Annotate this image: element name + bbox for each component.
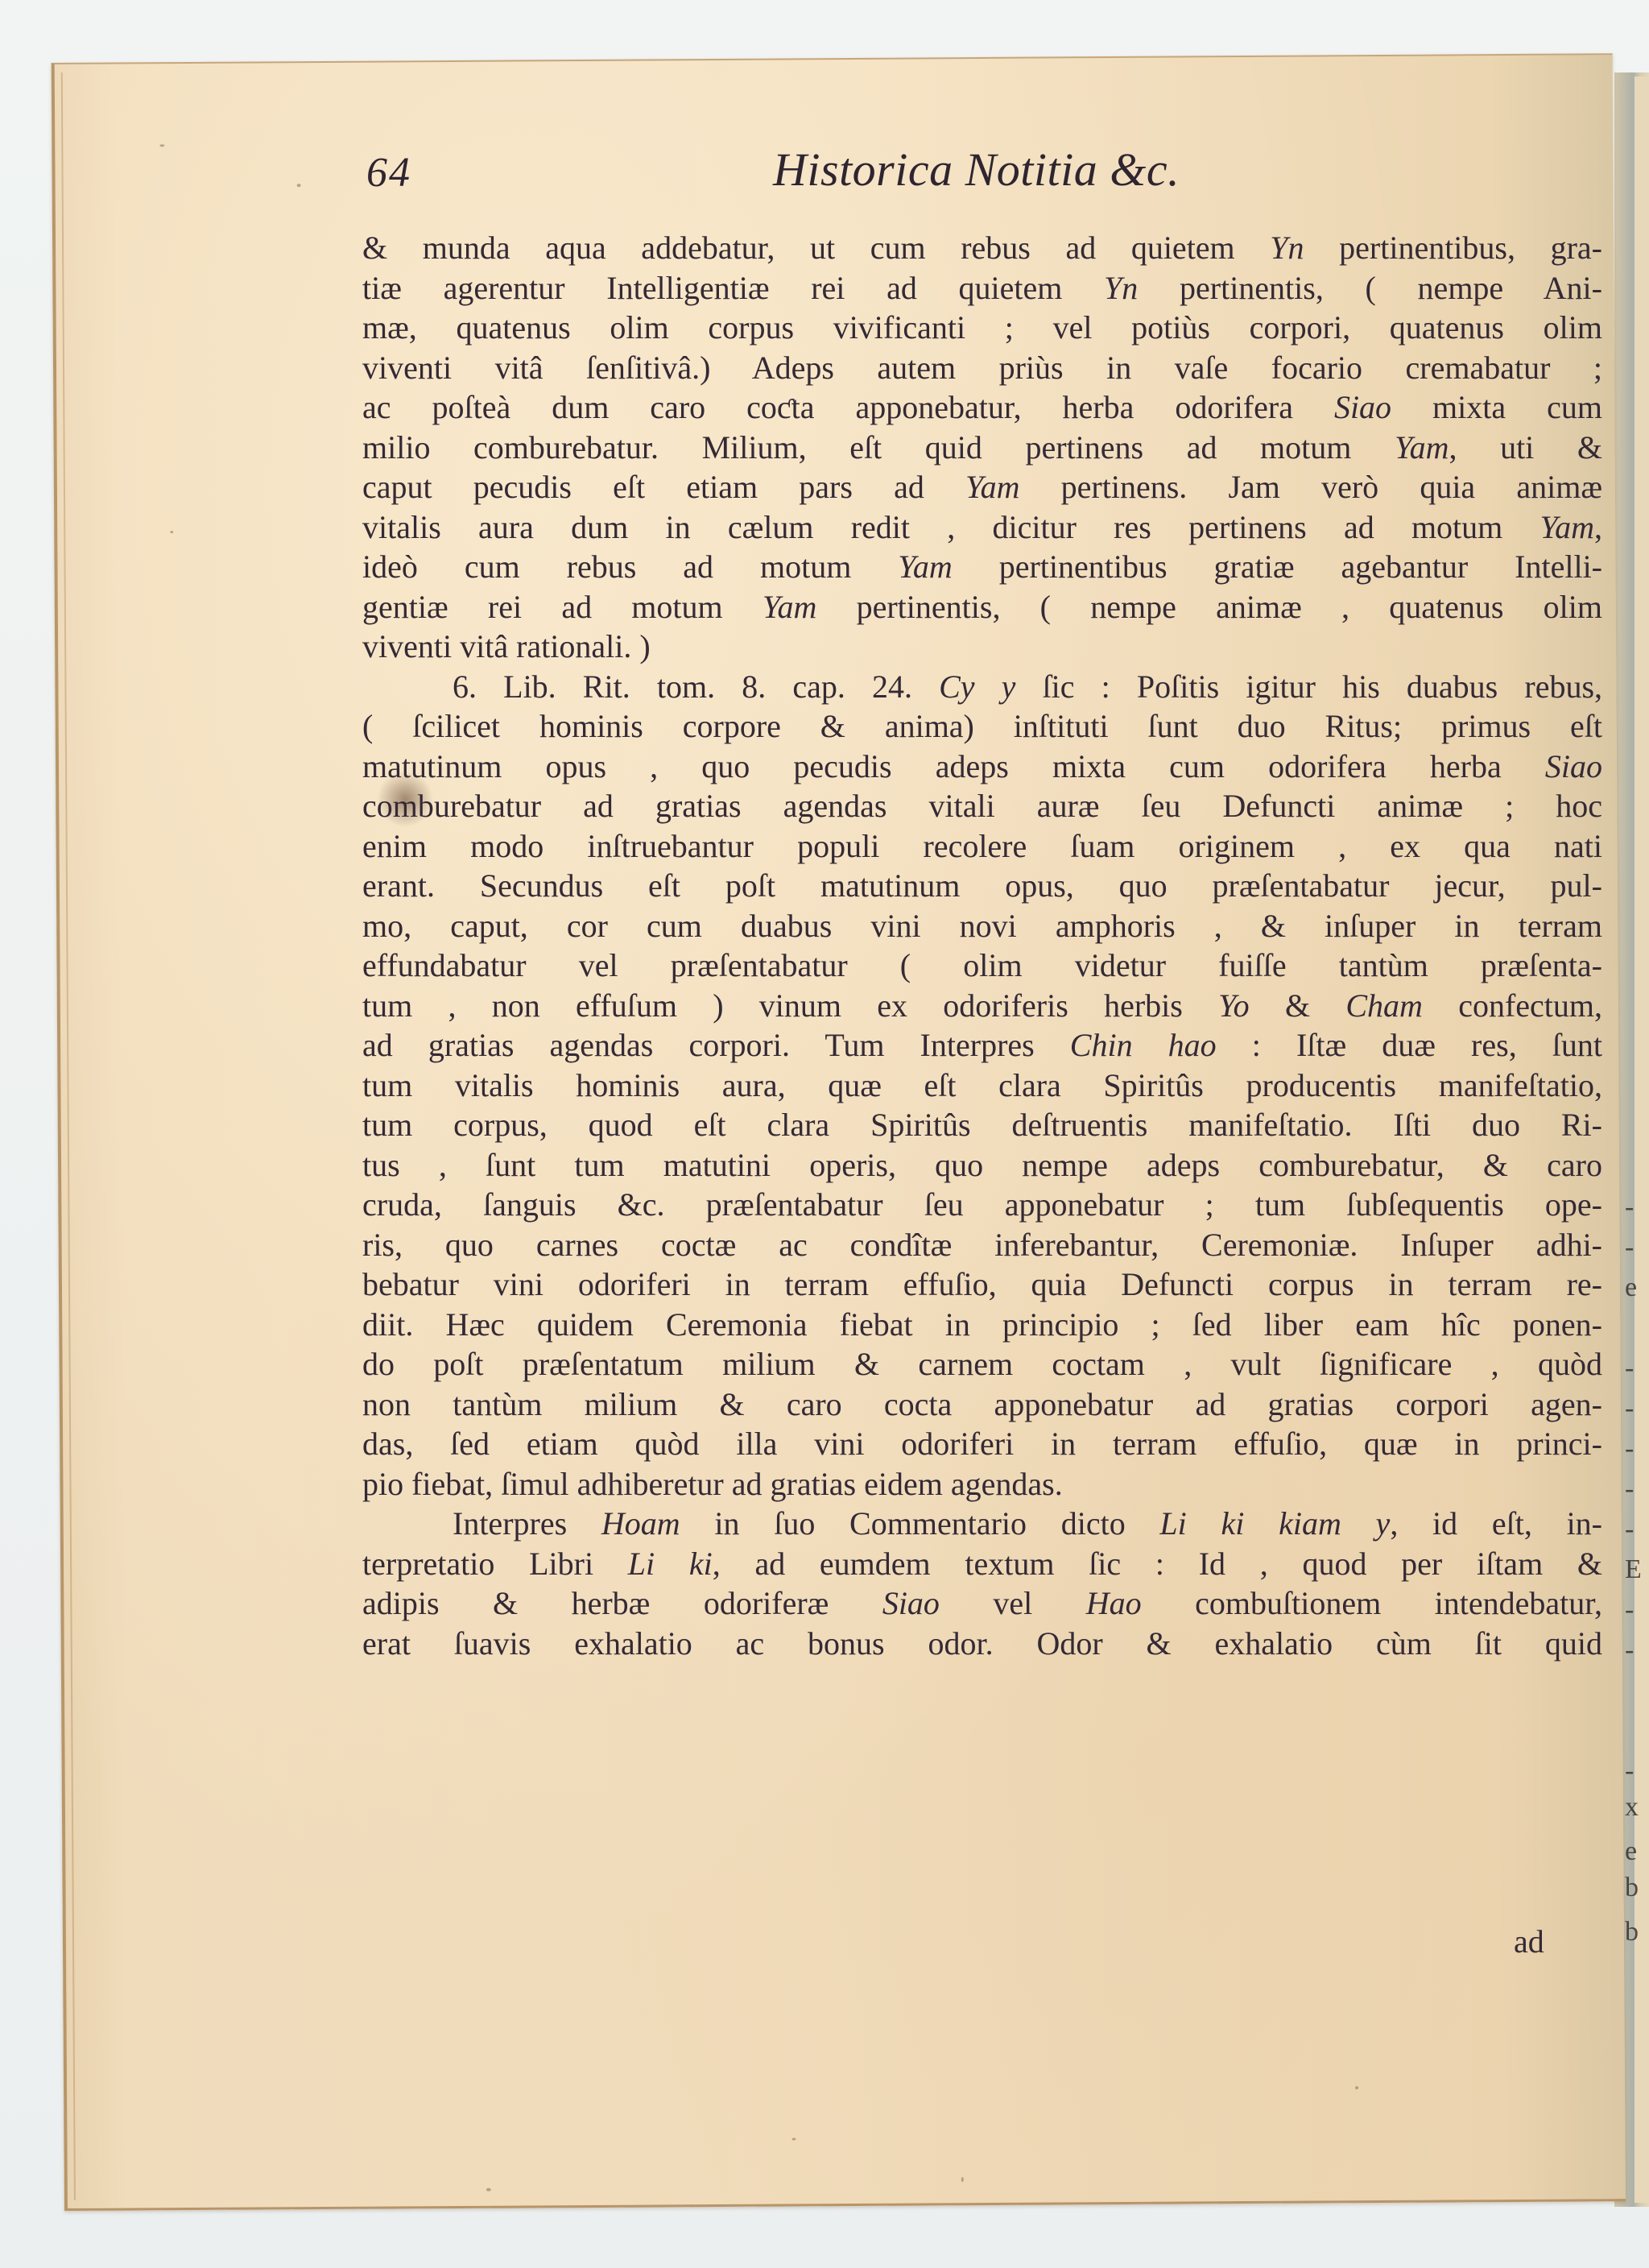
- text-line: comburebatur ad gratias agendas vitali a…: [362, 786, 1602, 826]
- paper-speck: [1355, 2086, 1358, 2089]
- text-line: tum corpus, quod eſt clara Spiritûs deſt…: [362, 1105, 1602, 1145]
- facing-page-fragment: -: [1625, 1434, 1634, 1464]
- text-line: adipis & herbæ odoriferæ Siao vel Hao co…: [362, 1583, 1602, 1624]
- text-line: enim modo inſtruebantur populi recolere …: [362, 826, 1602, 867]
- paper-speck: [170, 531, 173, 533]
- text-line: & munda aqua addebatur, ut cum rebus ad …: [362, 228, 1602, 268]
- text-line: ( ſcilicet hominis corpore & anima) inſt…: [362, 706, 1602, 747]
- paragraph-start-line: Interpres Hoam in ſuo Commentario dicto …: [362, 1504, 1602, 1544]
- catchword: ad: [1514, 1922, 1544, 1960]
- facing-page-fragment: -: [1625, 1595, 1634, 1625]
- text-line: erat ſuavis exhalatio ac bonus odor. Odo…: [362, 1624, 1602, 1664]
- text-line: effundabatur vel præſentabatur ( olim vi…: [362, 946, 1602, 986]
- paper-speck: [297, 184, 301, 187]
- text-line: mæ, quatenus olim corpus vivificanti ; v…: [362, 308, 1602, 348]
- italic-term: Cy y: [939, 668, 1015, 705]
- text-line: non tantùm milium & caro cocta apponebat…: [362, 1384, 1602, 1425]
- facing-page-fragment: b: [1625, 1873, 1639, 1903]
- italic-term: Cham: [1345, 987, 1423, 1024]
- italic-term: Yn: [1270, 230, 1304, 266]
- italic-term: Li ki kiam y: [1159, 1505, 1390, 1542]
- facing-page-fragment: -: [1625, 1393, 1634, 1424]
- facing-page-fragment: E: [1625, 1554, 1642, 1585]
- italic-term: Yam: [1395, 429, 1449, 466]
- italic-term: Yam: [898, 548, 952, 585]
- text-line: terpretatio Libri Li ki, ad eumdem textu…: [362, 1544, 1602, 1584]
- text-line: vitalis aura dum in cælum redit , dicitu…: [362, 507, 1602, 548]
- text-line: erant. Secundus eſt poſt matutinum opus,…: [362, 866, 1602, 906]
- running-title: Historica Notitia &c.: [773, 143, 1180, 197]
- italic-term: Siao: [1545, 748, 1602, 784]
- facing-page-fragment: -: [1625, 1353, 1634, 1384]
- text-line: ac poſteà dum caro coƈta apponebatur, he…: [362, 387, 1602, 428]
- text-line: viventi vitâ rationali. ): [362, 627, 1602, 667]
- facing-page-fragment: -: [1625, 1192, 1634, 1223]
- text-line: tiæ agerentur Intelligentiæ rei ad quiet…: [362, 268, 1602, 308]
- paragraph-start-line: 6. Lib. Rit. tom. 8. cap. 24. Cy y ſic :…: [362, 667, 1602, 707]
- italic-term: Siao: [882, 1585, 940, 1621]
- facing-page-fragment: e: [1625, 1836, 1637, 1867]
- italic-term: Hao: [1086, 1585, 1142, 1621]
- text-line: mo, caput, cor cum duabus vini novi amph…: [362, 906, 1602, 946]
- facing-page-fragment: -: [1625, 1232, 1634, 1263]
- text-line: tum vitalis hominis aura, quæ eſt clara …: [362, 1066, 1602, 1106]
- italic-term: Yam: [965, 469, 1019, 505]
- facing-page-fragment: -: [1625, 1635, 1634, 1666]
- text-line: matutinum opus , quo pecudis adeps mixta…: [362, 747, 1602, 787]
- text-line: das, ſed etiam quòd illa vini odoriferi …: [362, 1424, 1602, 1464]
- text-line: gentiæ rei ad motum Yam pertinentis, ( n…: [362, 587, 1602, 627]
- facing-page-fragment: -: [1625, 1474, 1634, 1504]
- body-text: & munda aqua addebatur, ut cum rebus ad …: [362, 228, 1602, 1663]
- text-line: diit. Hæc quidem Ceremonia fiebat in pri…: [362, 1305, 1602, 1345]
- italic-term: Hoam: [601, 1505, 680, 1542]
- italic-term: Siao: [1334, 389, 1391, 425]
- text-line: do poſt præſentatum milium & carnem coct…: [362, 1344, 1602, 1384]
- text-line: milio comburebatur. Milium, eſt quid per…: [362, 428, 1602, 468]
- facing-page-fragment: b: [1625, 1917, 1639, 1947]
- italic-term: Chin hao: [1070, 1027, 1217, 1063]
- text-line: ad gratias agendas corpori. Tum Interpre…: [362, 1025, 1602, 1066]
- paper-speck: [791, 2138, 796, 2140]
- paper-speck: [961, 2177, 964, 2182]
- text-line: viventi vitâ ſenſitivâ.) Adeps autem pri…: [362, 348, 1602, 388]
- italic-term: Yam: [1540, 509, 1594, 545]
- paper-speck: [159, 144, 164, 147]
- italic-term: Yo: [1218, 987, 1250, 1024]
- text-line: ideò cum rebus ad motum Yam pertinentibu…: [362, 547, 1602, 587]
- text-line: tus , ſunt tum matutini operis, quo nemp…: [362, 1145, 1602, 1186]
- italic-term: Yn: [1104, 270, 1138, 306]
- page-header: 64 Historica Notitia &c.: [366, 141, 1606, 205]
- page-number: 64: [366, 149, 411, 197]
- italic-term: Li ki: [628, 1546, 713, 1582]
- facing-page-fragment: -: [1625, 1756, 1634, 1786]
- text-line: caput pecudis eſt etiam pars ad Yam pert…: [362, 467, 1602, 507]
- text-line: pio fiebat, ſimul adhiberetur ad gratias…: [362, 1464, 1602, 1504]
- text-line: ris, quo carnes coctæ ac condîtæ infereb…: [362, 1225, 1602, 1265]
- text-line: cruda, ſanguis &c. præſentabatur ſeu app…: [362, 1185, 1602, 1225]
- text-line: bebatur vini odoriferi in terram effuſio…: [362, 1264, 1602, 1305]
- facing-page-fragment: x: [1625, 1792, 1639, 1823]
- text-line: tum , non effuſum ) vinum ex odoriferis …: [362, 986, 1602, 1026]
- italic-term: Yam: [763, 589, 816, 625]
- paper-speck: [486, 2188, 491, 2191]
- facing-page-fragment: e: [1625, 1273, 1637, 1303]
- facing-page-fragment: -: [1625, 1514, 1634, 1545]
